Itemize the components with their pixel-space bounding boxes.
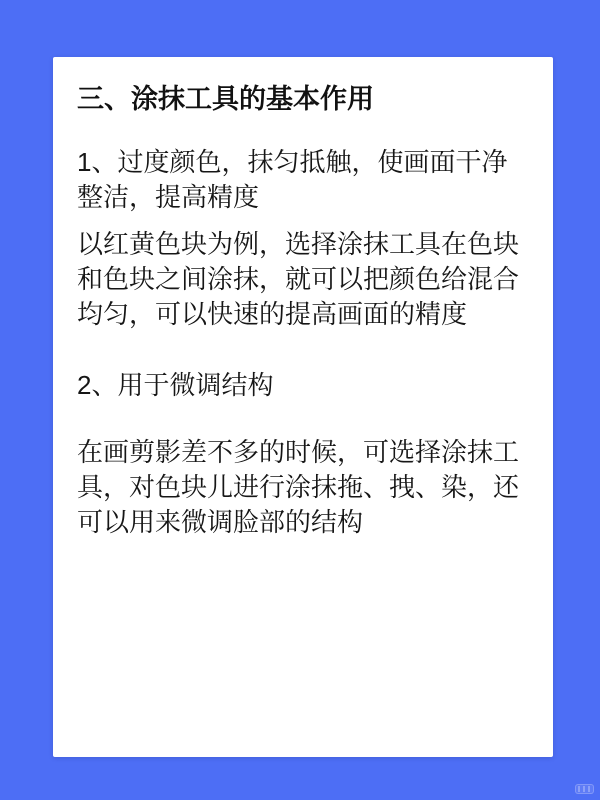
- text-line: 可以用来微调脸部的结构: [77, 505, 525, 540]
- text-line: 1、过度颜色，抹匀抵触，使画面干净: [77, 145, 525, 180]
- point-1-detail-text: 以红黄色块为例，选择涂抹工具在色块 和色块之间涂抹，就可以把颜色给混合 均匀，可…: [77, 227, 525, 332]
- card-title: 三、涂抹工具的基本作用: [77, 85, 525, 113]
- watermark-glyphs: [578, 786, 591, 792]
- page-background: 三、涂抹工具的基本作用 1、过度颜色，抹匀抵触，使画面干净 整洁，提高精度 以红…: [0, 0, 600, 800]
- watermark-badge: [575, 784, 594, 794]
- text-line: 整洁，提高精度: [77, 180, 525, 215]
- text-line: 均匀，可以快速的提高画面的精度: [77, 297, 525, 332]
- text-line: 以红黄色块为例，选择涂抹工具在色块: [77, 227, 525, 262]
- point-2-detail-text: 在画剪影差不多的时候，可选择涂抹工 具，对色块儿进行涂抹拖、拽、染，还 可以用来…: [77, 435, 525, 540]
- content-card: 三、涂抹工具的基本作用 1、过度颜色，抹匀抵触，使画面干净 整洁，提高精度 以红…: [53, 57, 553, 757]
- text-line: 在画剪影差不多的时候，可选择涂抹工: [77, 435, 525, 470]
- text-line: 具，对色块儿进行涂抹拖、拽、染，还: [77, 470, 525, 505]
- text-line: 和色块之间涂抹，就可以把颜色给混合: [77, 262, 525, 297]
- text-line: 2、用于微调结构: [77, 368, 525, 403]
- point-2-text: 2、用于微调结构: [77, 368, 525, 403]
- point-1-text: 1、过度颜色，抹匀抵触，使画面干净 整洁，提高精度: [77, 145, 525, 215]
